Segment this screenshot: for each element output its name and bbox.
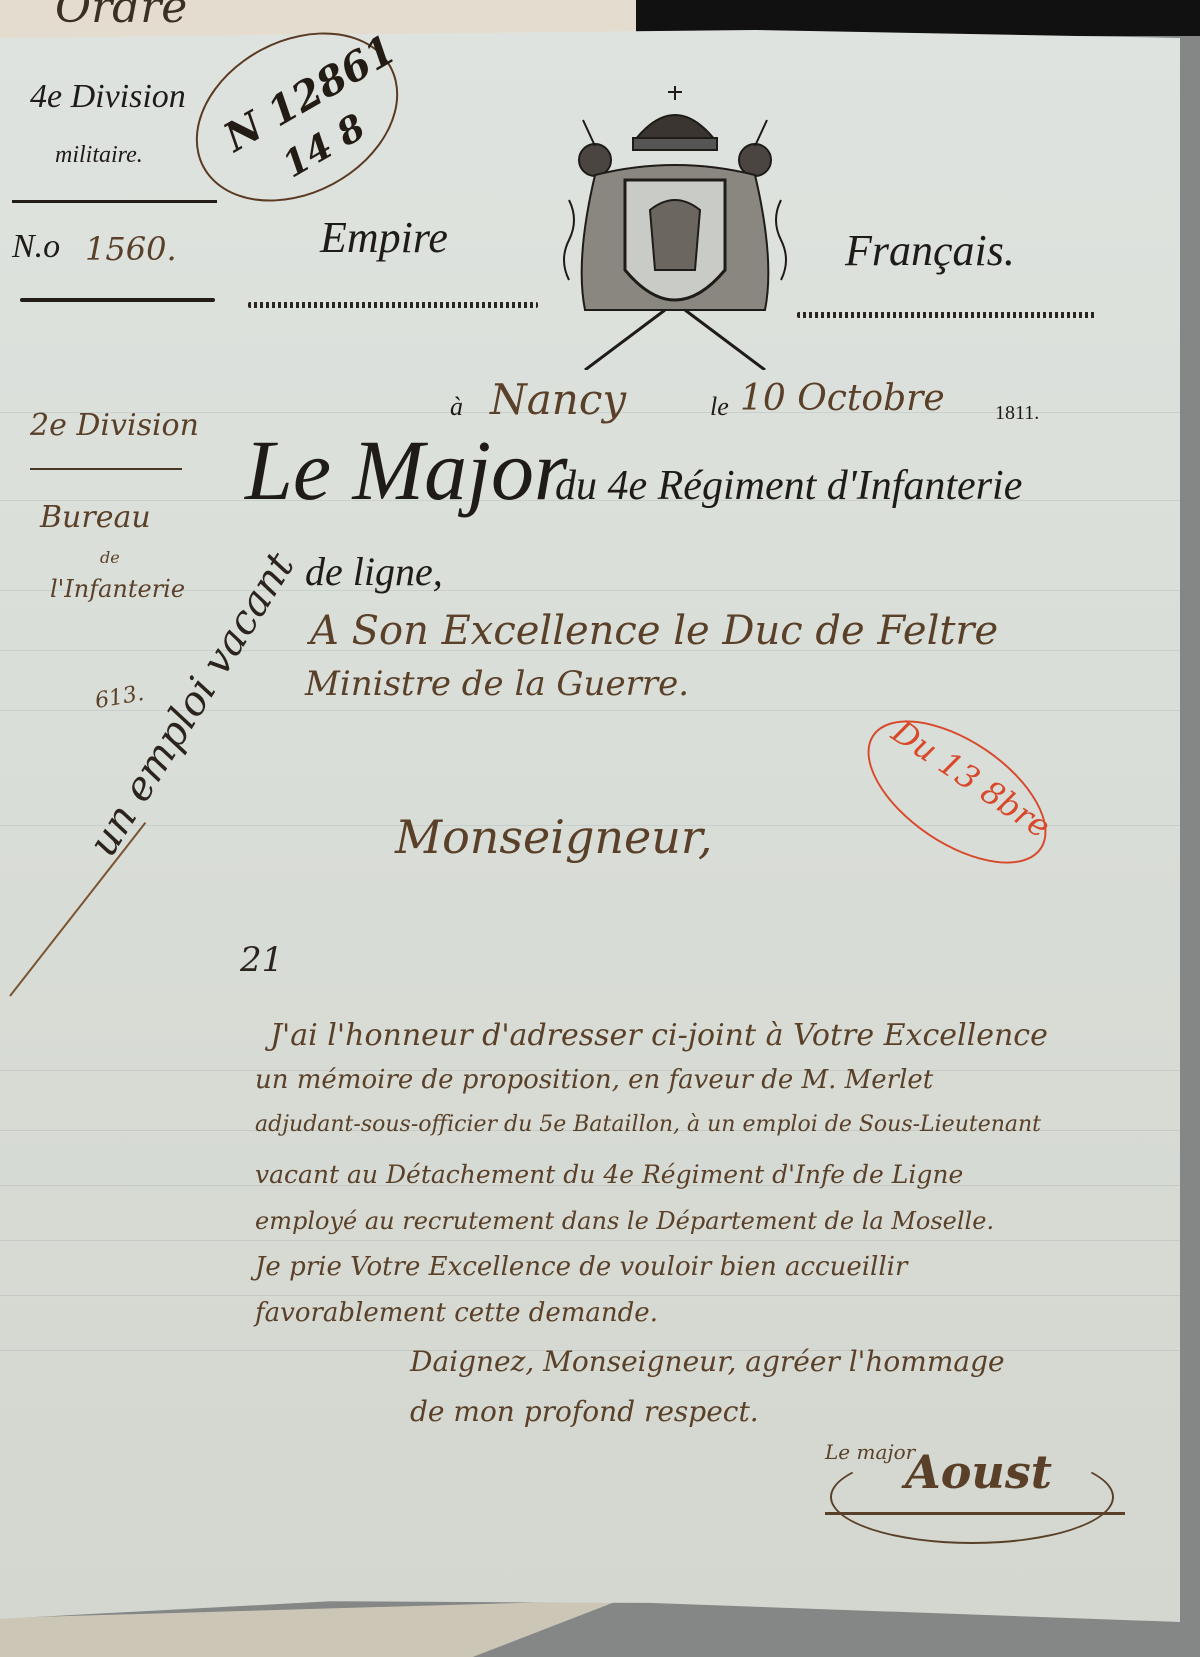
sender-title: Le Major (245, 420, 568, 520)
margin-infanterie: l'Infanterie (50, 575, 185, 603)
margin-bureau: Bureau (40, 500, 151, 535)
body-line-2: un mémoire de proposition, en faveur de … (255, 1065, 933, 1095)
empire-heading-right: Français. (845, 225, 1015, 276)
body-line-7: favorablement cette demande. (255, 1298, 658, 1328)
underlying-sheet-text: Ordre (55, 0, 187, 33)
division-heading: 4e Division (30, 78, 186, 116)
dateline-place: Nancy (490, 375, 626, 424)
body-line-1: J'ai l'honneur d'adresser ci-joint à Vot… (270, 1018, 1048, 1053)
addressee-line-1: A Son Excellence le Duc de Feltre (310, 608, 998, 654)
body-line-4: vacant au Détachement du 4e Régiment d'I… (255, 1160, 963, 1189)
sender-regiment: du 4e Régiment d'Infanterie (555, 462, 1022, 510)
margin-divider (30, 468, 182, 470)
body-line-6: Je prie Votre Excellence de vouloir bien… (255, 1252, 907, 1282)
divider-line (12, 200, 217, 203)
body-line-5: employé au recrutement dans le Départeme… (255, 1207, 994, 1235)
ornamental-rule-right (797, 312, 1097, 318)
dateline-year: 1811. (995, 402, 1039, 425)
ornamental-rule-left (248, 302, 538, 308)
salutation: Monseigneur, (395, 810, 712, 864)
dateline-prefix: à (450, 392, 463, 422)
dateline-date: 10 Octobre (740, 378, 945, 419)
dateline-le: le (710, 392, 729, 422)
closing-line-1: Daignez, Monseigneur, agréer l'hommage (410, 1345, 1005, 1378)
margin-division: 2e Division (30, 408, 199, 443)
brace-divider (20, 298, 215, 302)
empire-heading-left: Empire (320, 212, 448, 263)
addressee-line-2: Ministre de la Guerre. (305, 664, 689, 704)
division-subheading: militaire. (55, 142, 143, 169)
imperial-coat-of-arms-icon (555, 80, 795, 370)
document-number-label: N.o (12, 228, 60, 266)
body-line-3: adjudant-sous-officier du 5e Bataillon, … (255, 1112, 1041, 1137)
signature-flourish (830, 1450, 1114, 1544)
closing-line-2: de mon profond respect. (410, 1395, 759, 1428)
sender-regiment-cont: de ligne, (305, 548, 443, 595)
margin-bureau-de: de (100, 548, 120, 567)
document-number-value: 1560. (85, 230, 177, 268)
margin-annotation-number: 21 (240, 940, 283, 980)
signature-underline (825, 1512, 1125, 1515)
